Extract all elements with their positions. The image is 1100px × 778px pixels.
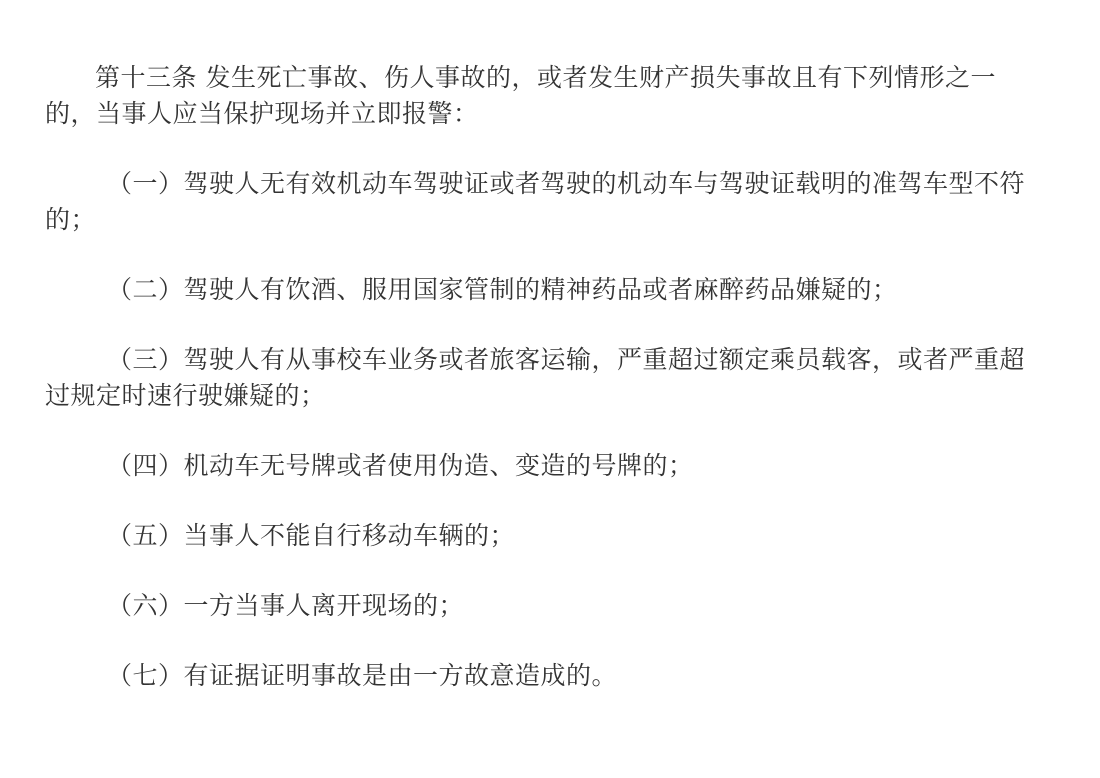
item-text: 驾驶人有饮酒、服用国家管制的精神药品或者麻醉药品嫌疑的； [184,275,898,304]
item-label: （七） [107,661,184,690]
item-text: 驾驶人无有效机动车驾驶证或者驾驶的机动车与驾驶证载明的准驾车型不符的； [45,169,1025,234]
list-item: （三）驾驶人有从事校车业务或者旅客运输，严重超过额定乘员载客，或者严重超过规定时… [45,342,1035,414]
list-item: （一）驾驶人无有效机动车驾驶证或者驾驶的机动车与驾驶证载明的准驾车型不符的； [45,166,1035,238]
item-label: （三） [107,345,184,374]
list-item: （七）有证据证明事故是由一方故意造成的。 [45,658,1035,694]
list-item: （五）当事人不能自行移动车辆的； [45,518,1035,554]
item-text: 一方当事人离开现场的； [184,591,465,620]
item-label: （一） [107,169,184,198]
item-label: （二） [107,275,184,304]
item-label: （六） [107,591,184,620]
article-paragraph: 第十三条 发生死亡事故、伤人事故的，或者发生财产损失事故且有下列情形之一的，当事… [45,60,1035,132]
item-text: 机动车无号牌或者使用伪造、变造的号牌的； [184,451,694,480]
item-text: 当事人不能自行移动车辆的； [184,521,516,550]
list-item: （四）机动车无号牌或者使用伪造、变造的号牌的； [45,448,1035,484]
item-text: 有证据证明事故是由一方故意造成的。 [184,661,618,690]
item-text: 驾驶人有从事校车业务或者旅客运输，严重超过额定乘员载客，或者严重超过规定时速行驶… [45,345,1025,410]
article-heading: 第十三条 [95,63,197,92]
document-body: 第十三条 发生死亡事故、伤人事故的，或者发生财产损失事故且有下列情形之一的，当事… [45,60,1035,694]
list-item: （二）驾驶人有饮酒、服用国家管制的精神药品或者麻醉药品嫌疑的； [45,272,1035,308]
list-item: （六）一方当事人离开现场的； [45,588,1035,624]
item-label: （五） [107,521,184,550]
item-label: （四） [107,451,184,480]
